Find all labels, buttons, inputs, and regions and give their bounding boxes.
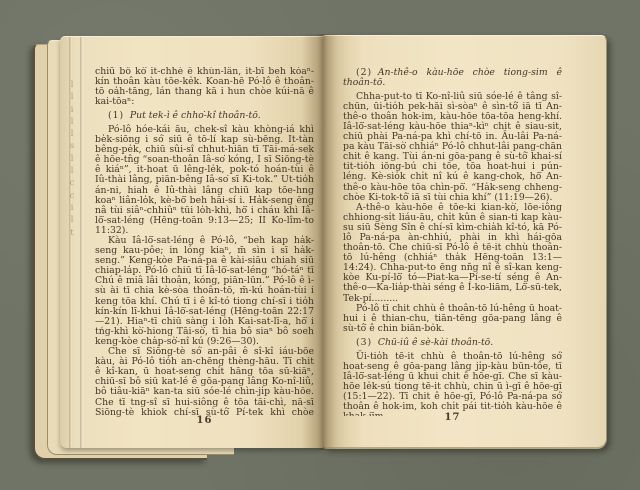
paragraph: Ūi-tio̍h tē-it chhù ê thoân-tō lú-hêng s… [343,352,562,416]
paragraph: Pó-lô tī chit chhù ê thoân-tō lú-hêng ū … [343,304,562,334]
page-number-right: 17 [343,412,562,423]
page-fold-line [69,37,72,448]
paragraph: Che sī Siōng-tè só͘ an-pâi ê sî-kî iáu-b… [95,347,314,417]
paragraph: A-thê-o kàu-hōe ê tōe-ki kian-kò͘, lōe-i… [343,203,562,304]
section-heading: (1) Put tek-ì ê chho͘-kî thoân-tō. [95,111,314,121]
text-column-right: (2) An-thê-o kàu-hōe chòe tiong-sim ê th… [343,64,562,416]
page-number-left: 16 [95,415,314,426]
page-fold-line [80,37,83,448]
book-scan-photo: l l i l l s l l c c i l t chiū bô kò͘ it… [0,0,640,490]
paragraph: Pó-lô hóe-kái āu, chek-sî kàu khòng-iá k… [95,125,314,236]
bleedthrough-text: l l i l l s l l c c i l t [66,79,78,239]
section-heading: (3) Chū-iû ê sè-kài thoân-tō. [343,338,562,348]
text-column-left: chiū bô kò͘ it-chhè ê khùn-lân, it-bī be… [95,67,314,417]
paragraph: chiū bô kò͘ it-chhè ê khùn-lân, it-bī be… [95,67,314,107]
paragraph: Chha-put-to tī Ko-nî-liû siū sóe-lé ê tâ… [343,92,562,203]
section-heading: (2) An-thê-o kàu-hōe chòe tiong-sim ê th… [343,68,562,88]
right-page: (2) An-thê-o kàu-hōe chòe tiong-sim ê th… [323,35,607,449]
paragraph: Kàu Iâ-lō͘-sat-léng ê Pó-lô, “beh kap ha… [95,236,314,347]
left-page: l l i l l s l l c c i l t chiū bô kò͘ it… [60,36,323,448]
